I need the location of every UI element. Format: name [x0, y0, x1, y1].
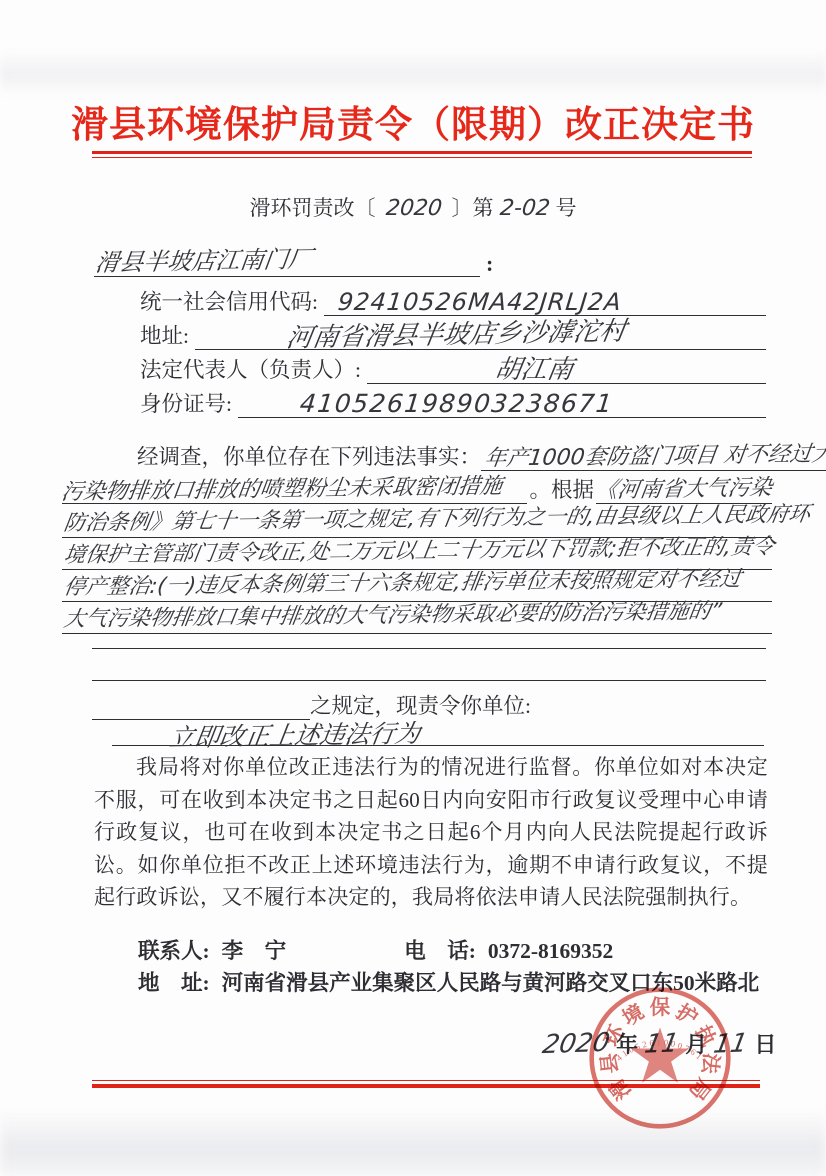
field-label: 地址:	[140, 319, 189, 350]
seal-star-icon	[631, 1027, 689, 1082]
facts-lead-text: 经调查，你单位存在下列违法事实：	[94, 440, 481, 471]
doc-number-middle: 〕第	[452, 192, 494, 222]
doc-number-year-handwritten: 2020	[384, 196, 443, 221]
field-credit-code: 统一社会信用代码: 92410526MA42JRLJ2A	[140, 282, 766, 316]
law-citation-line: 大气污染物排放口集中排放的大气污染物采取必要的防治污染措施的”	[62, 600, 772, 634]
facts-fill2-underline: 污染物排放口排放的喷塑粉尘未采取密闭措施	[62, 472, 527, 504]
contact-person-row: 联系人: 李 宁 电 话: 0372-8169352	[138, 934, 613, 965]
scan-artifact	[0, 50, 826, 96]
field-underline: 胡江南	[367, 357, 766, 384]
blank-underline	[92, 664, 766, 681]
field-address: 地址: 河南省滑县半坡店乡沙滹沱村	[140, 316, 766, 350]
facts-fill-underline: 年产1000套防盗门项目 对不经过大气	[481, 439, 826, 471]
doc-number-serial-handwritten: 2-02	[498, 196, 551, 221]
field-value-handwritten: 胡江南	[365, 357, 575, 383]
facts-lead-line: 经调查，你单位存在下列违法事实： 年产1000套防盗门项目 对不经过大气	[94, 438, 770, 471]
seal-char: 境	[618, 999, 648, 1030]
field-label: 法定代表人（负责人）:	[140, 353, 361, 384]
field-legal-representative: 法定代表人（负责人）: 胡江南	[140, 350, 766, 384]
field-label: 身份证号:	[140, 387, 232, 418]
doc-number-suffix: 号	[555, 192, 576, 222]
law-citation-handwritten: 大气污染物排放口集中排放的大气污染物采取必要的防治污染措施的”	[62, 594, 724, 633]
official-seal: 滑 县 环 境 保 护 执 法 局 4105261000761	[558, 956, 762, 1160]
document-title: 滑县环境保护局责令（限期）改正决定书	[0, 94, 826, 148]
blank-underline	[92, 632, 766, 649]
seal-char: 局	[684, 1074, 715, 1104]
seal-char: 执	[690, 1021, 721, 1050]
seal-char: 保	[650, 996, 671, 1019]
seal-char: 护	[672, 999, 703, 1030]
header-red-rule	[92, 151, 752, 158]
addressee-line: 滑县半坡店江南门厂 :	[94, 243, 493, 277]
contact-address-label: 地 址:	[138, 966, 210, 997]
field-value-handwritten: 92410526MA42JRLJ2A	[323, 289, 623, 315]
field-underline: 河南省滑县半坡店乡沙滹沱村	[195, 323, 766, 350]
seal-char: 环	[600, 1021, 630, 1050]
contact-phone-label: 电 话:	[404, 934, 476, 965]
addressee-colon: :	[486, 251, 493, 277]
field-value-handwritten: 410526198903238671	[237, 391, 615, 417]
field-id-number: 身份证号: 410526198903238671	[140, 384, 766, 418]
scanned-document-page: 滑县环境保护局责令（限期）改正决定书 滑环罚责改〔 2020 〕第 2-02 号…	[0, 0, 826, 1176]
doc-number-prefix: 滑环罚责改〔	[250, 192, 376, 222]
order-handwritten: 立即改正上述违法行为	[167, 714, 423, 754]
order-line: 立即改正上述违法行为	[112, 716, 764, 746]
field-underline: 410526198903238671	[238, 391, 766, 418]
addressee-underline: 滑县半坡店江南门厂	[94, 241, 480, 277]
addressee-name-handwritten: 滑县半坡店江南门厂	[92, 239, 315, 278]
document-number: 滑环罚责改〔 2020 〕第 2-02 号	[0, 192, 826, 222]
field-value-handwritten: 河南省滑县半坡店乡沙滹沱村	[192, 319, 628, 354]
contact-person-label: 联系人:	[138, 934, 210, 965]
facts-fill1-handwritten: 年产1000套防盗门项目 对不经过大气	[479, 436, 826, 472]
field-underline: 92410526MA42JRLJ2A	[324, 289, 766, 316]
contact-person-name: 李 宁	[222, 934, 287, 965]
field-label: 统一社会信用代码:	[140, 285, 318, 316]
supervision-paragraph: 我局将对你单位改正违法行为的情况进行监督。你单位如对本决定不服，可在收到本决定书…	[94, 751, 768, 914]
